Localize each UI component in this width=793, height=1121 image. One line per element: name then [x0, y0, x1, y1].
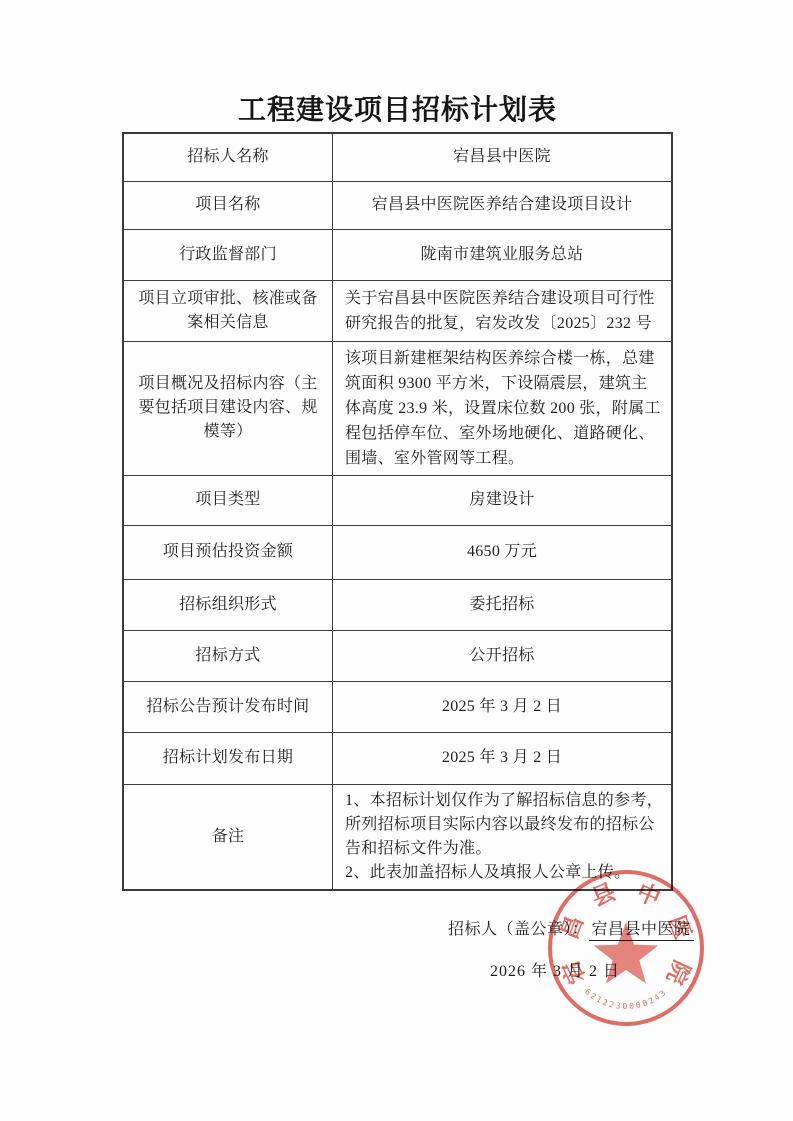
table-row-remarks: 备注 1、本招标计划仅作为了解招标信息的参考，所列招标项目实际内容以最终发布的招… — [123, 784, 672, 890]
row-label: 项目概况及招标内容（主要包括项目建设内容、规模等） — [123, 341, 333, 475]
row-value: 委托招标 — [333, 579, 673, 630]
row-value: 关于宕昌县中医院医养结合建设项目可行性研究报告的批复，宕发改发〔2025〕232… — [333, 280, 673, 341]
row-label: 项目名称 — [123, 181, 333, 229]
seal-number: 6212230000243 — [583, 987, 669, 1011]
signer-label: 招标人（盖公章）： — [448, 921, 589, 938]
table-row-approval-info: 项目立项审批、核准或备案相关信息 关于宕昌县中医院医养结合建设项目可行性研究报告… — [123, 280, 672, 341]
table-row-plan-publish-date: 招标计划发布日期 2025 年 3 月 2 日 — [123, 732, 672, 784]
row-value: 陇南市建筑业服务总站 — [333, 229, 673, 280]
signer-name: 宕昌县中医院 — [589, 921, 694, 941]
row-value: 4650 万元 — [333, 525, 673, 579]
table-row-bidder-name: 招标人名称 宕昌县中医院 — [123, 133, 672, 181]
footer-date: 2026 年 3 月 2 日 — [490, 958, 620, 981]
row-label: 行政监督部门 — [123, 229, 333, 280]
table-row-bidding-method: 招标方式 公开招标 — [123, 630, 672, 681]
row-value: 2025 年 3 月 2 日 — [333, 732, 673, 784]
row-value: 2025 年 3 月 2 日 — [333, 681, 673, 732]
page-title: 工程建设项目招标计划表 — [122, 88, 673, 128]
remark-line-2: 2、此表加盖招标人及填报人公章上传。 — [345, 861, 663, 885]
row-value: 房建设计 — [333, 475, 673, 525]
row-value: 该项目新建框架结构医养综合楼一栋，总建筑面积 9300 平方米，下设隔震层，建筑… — [333, 341, 673, 475]
signer-line: 招标人（盖公章）：宕昌县中医院 — [448, 916, 694, 939]
table-row-project-name: 项目名称 宕昌县中医院医养结合建设项目设计 — [123, 181, 672, 229]
seal-circle — [550, 872, 702, 1024]
row-label: 备注 — [123, 784, 333, 890]
table-row-supervision-dept: 行政监督部门 陇南市建筑业服务总站 — [123, 229, 672, 280]
row-label: 招标公告预计发布时间 — [123, 681, 333, 732]
row-label: 项目立项审批、核准或备案相关信息 — [123, 280, 333, 341]
table-row-estimated-investment: 项目预估投资金额 4650 万元 — [123, 525, 672, 579]
row-label: 招标方式 — [123, 630, 333, 681]
document-page: 工程建设项目招标计划表 招标人名称 宕昌县中医院 项目名称 宕昌县中医院医养结合… — [0, 0, 793, 1121]
row-value: 1、本招标计划仅作为了解招标信息的参考，所列招标项目实际内容以最终发布的招标公告… — [333, 784, 673, 890]
table-row-project-overview: 项目概况及招标内容（主要包括项目建设内容、规模等） 该项目新建框架结构医养综合楼… — [123, 341, 672, 475]
row-label: 招标人名称 — [123, 133, 333, 181]
remark-line-1: 1、本招标计划仅作为了解招标信息的参考，所列招标项目实际内容以最终发布的招标公告… — [345, 789, 663, 861]
row-label: 招标计划发布日期 — [123, 732, 333, 784]
row-value: 宕昌县中医院医养结合建设项目设计 — [333, 181, 673, 229]
seal-char: 院 — [662, 957, 694, 988]
row-value: 宕昌县中医院 — [333, 133, 673, 181]
row-value: 公开招标 — [333, 630, 673, 681]
bidding-plan-table: 招标人名称 宕昌县中医院 项目名称 宕昌县中医院医养结合建设项目设计 行政监督部… — [122, 132, 673, 891]
table-row-announcement-date: 招标公告预计发布时间 2025 年 3 月 2 日 — [123, 681, 672, 732]
row-label: 招标组织形式 — [123, 579, 333, 630]
table-row-project-type: 项目类型 房建设计 — [123, 475, 672, 525]
row-label: 项目类型 — [123, 475, 333, 525]
official-seal: 宕 昌 县 中 医 院 6212230000243 — [544, 866, 708, 1030]
row-label: 项目预估投资金额 — [123, 525, 333, 579]
table-row-organization-form: 招标组织形式 委托招标 — [123, 579, 672, 630]
